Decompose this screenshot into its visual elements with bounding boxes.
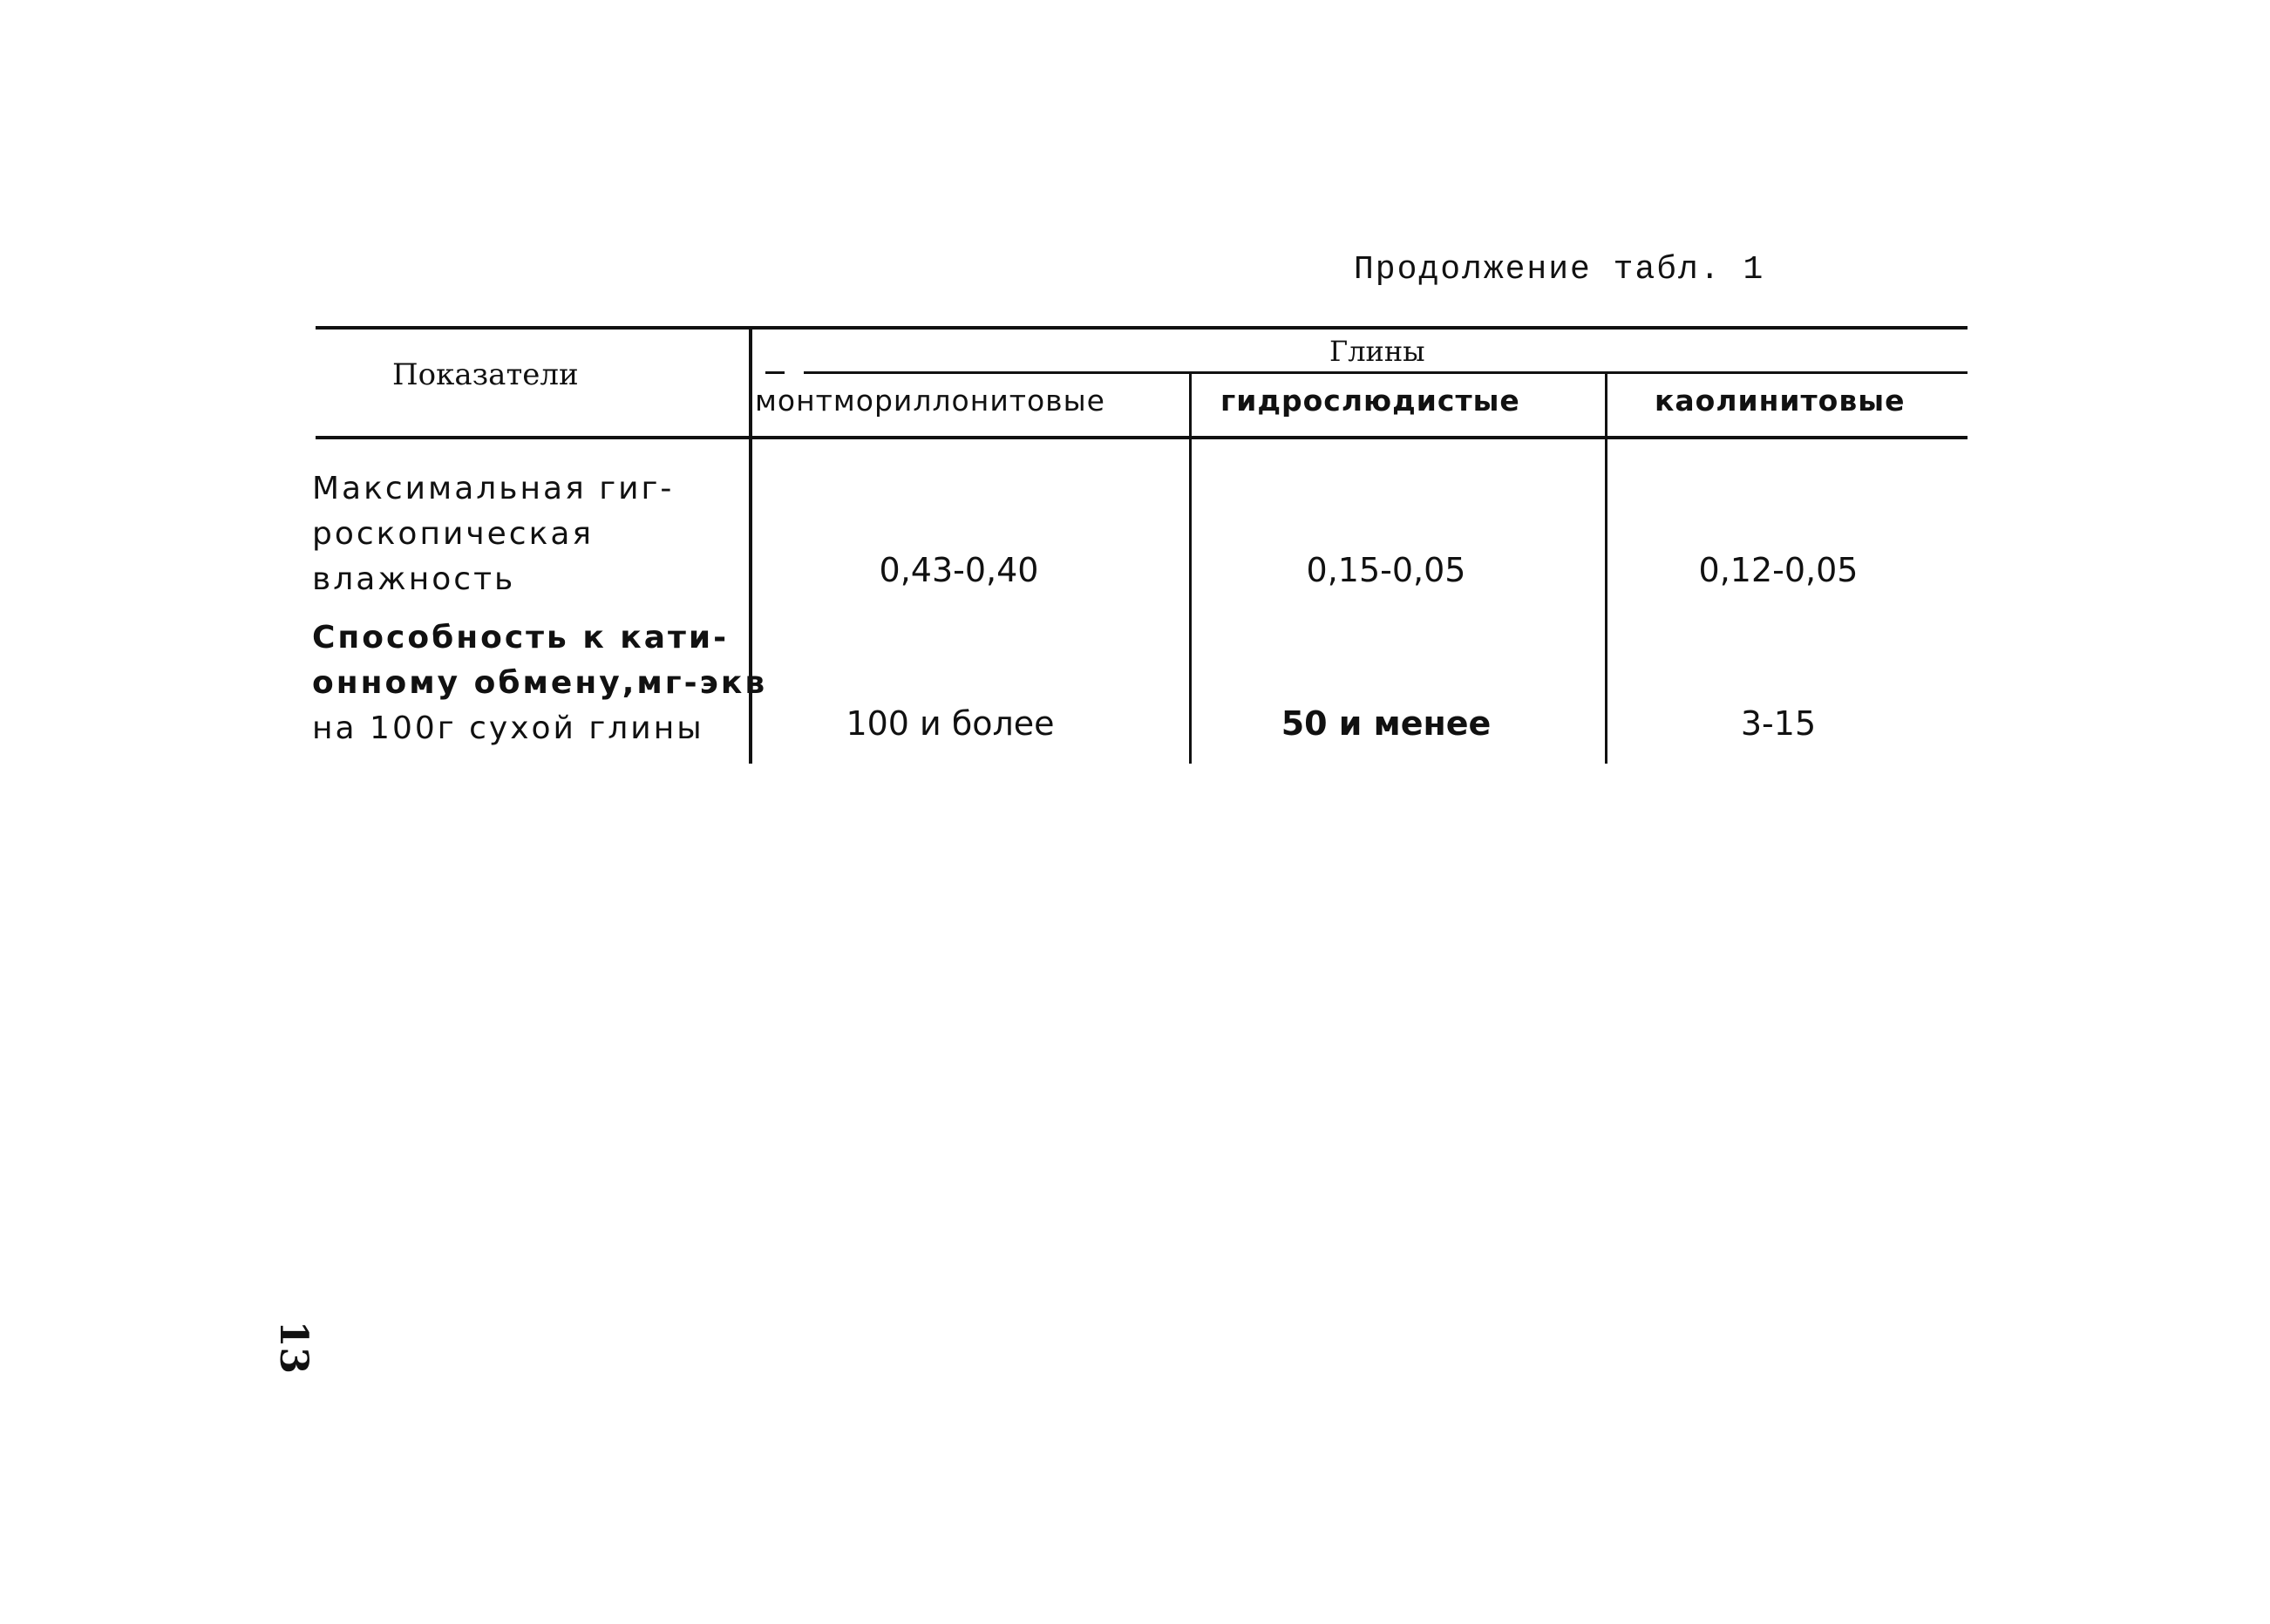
page-number: 13 xyxy=(271,1321,316,1374)
column-divider xyxy=(1605,373,1607,764)
cell-value: 0,12-0,05 xyxy=(1608,551,1948,589)
group-dash xyxy=(765,371,785,374)
table-caption: Продолжение табл. 1 xyxy=(1354,251,1764,289)
row-label: Максимальная гиг- роскопическая влажност… xyxy=(312,466,674,602)
header-col-hydromica: гидрослюдистые xyxy=(1220,384,1520,418)
header-indicators: Показатели xyxy=(392,357,579,392)
cell-value: 3-15 xyxy=(1608,704,1948,743)
header-col-montmorillonite: монтмориллонитовые xyxy=(755,384,1105,418)
table-top-rule xyxy=(316,326,1968,330)
header-col-kaolinite: каолинитовые xyxy=(1655,384,1905,418)
header-bottom-rule xyxy=(316,436,1968,439)
cell-value: 0,15-0,05 xyxy=(1194,551,1578,589)
column-divider xyxy=(1189,373,1192,764)
cell-value: 0,43-0,40 xyxy=(767,551,1151,589)
header-group-clays: Глины xyxy=(1329,335,1425,368)
group-sub-rule xyxy=(804,371,1968,374)
row-label-line: роскопическая xyxy=(312,512,674,557)
cell-value: 50 и менее xyxy=(1194,704,1578,743)
row-label-line: Максимальная гиг- xyxy=(312,466,674,512)
row-label: Способность к кати- онному обмену,мг-экв… xyxy=(312,615,767,751)
row-label-line: онному обмену,мг-экв xyxy=(312,661,767,706)
cell-value: 100 и более xyxy=(758,704,1142,743)
row-label-line: на 100г сухой глины xyxy=(312,706,767,751)
row-label-line: Способность к кати- xyxy=(312,615,767,661)
row-label-line: влажность xyxy=(312,557,674,602)
